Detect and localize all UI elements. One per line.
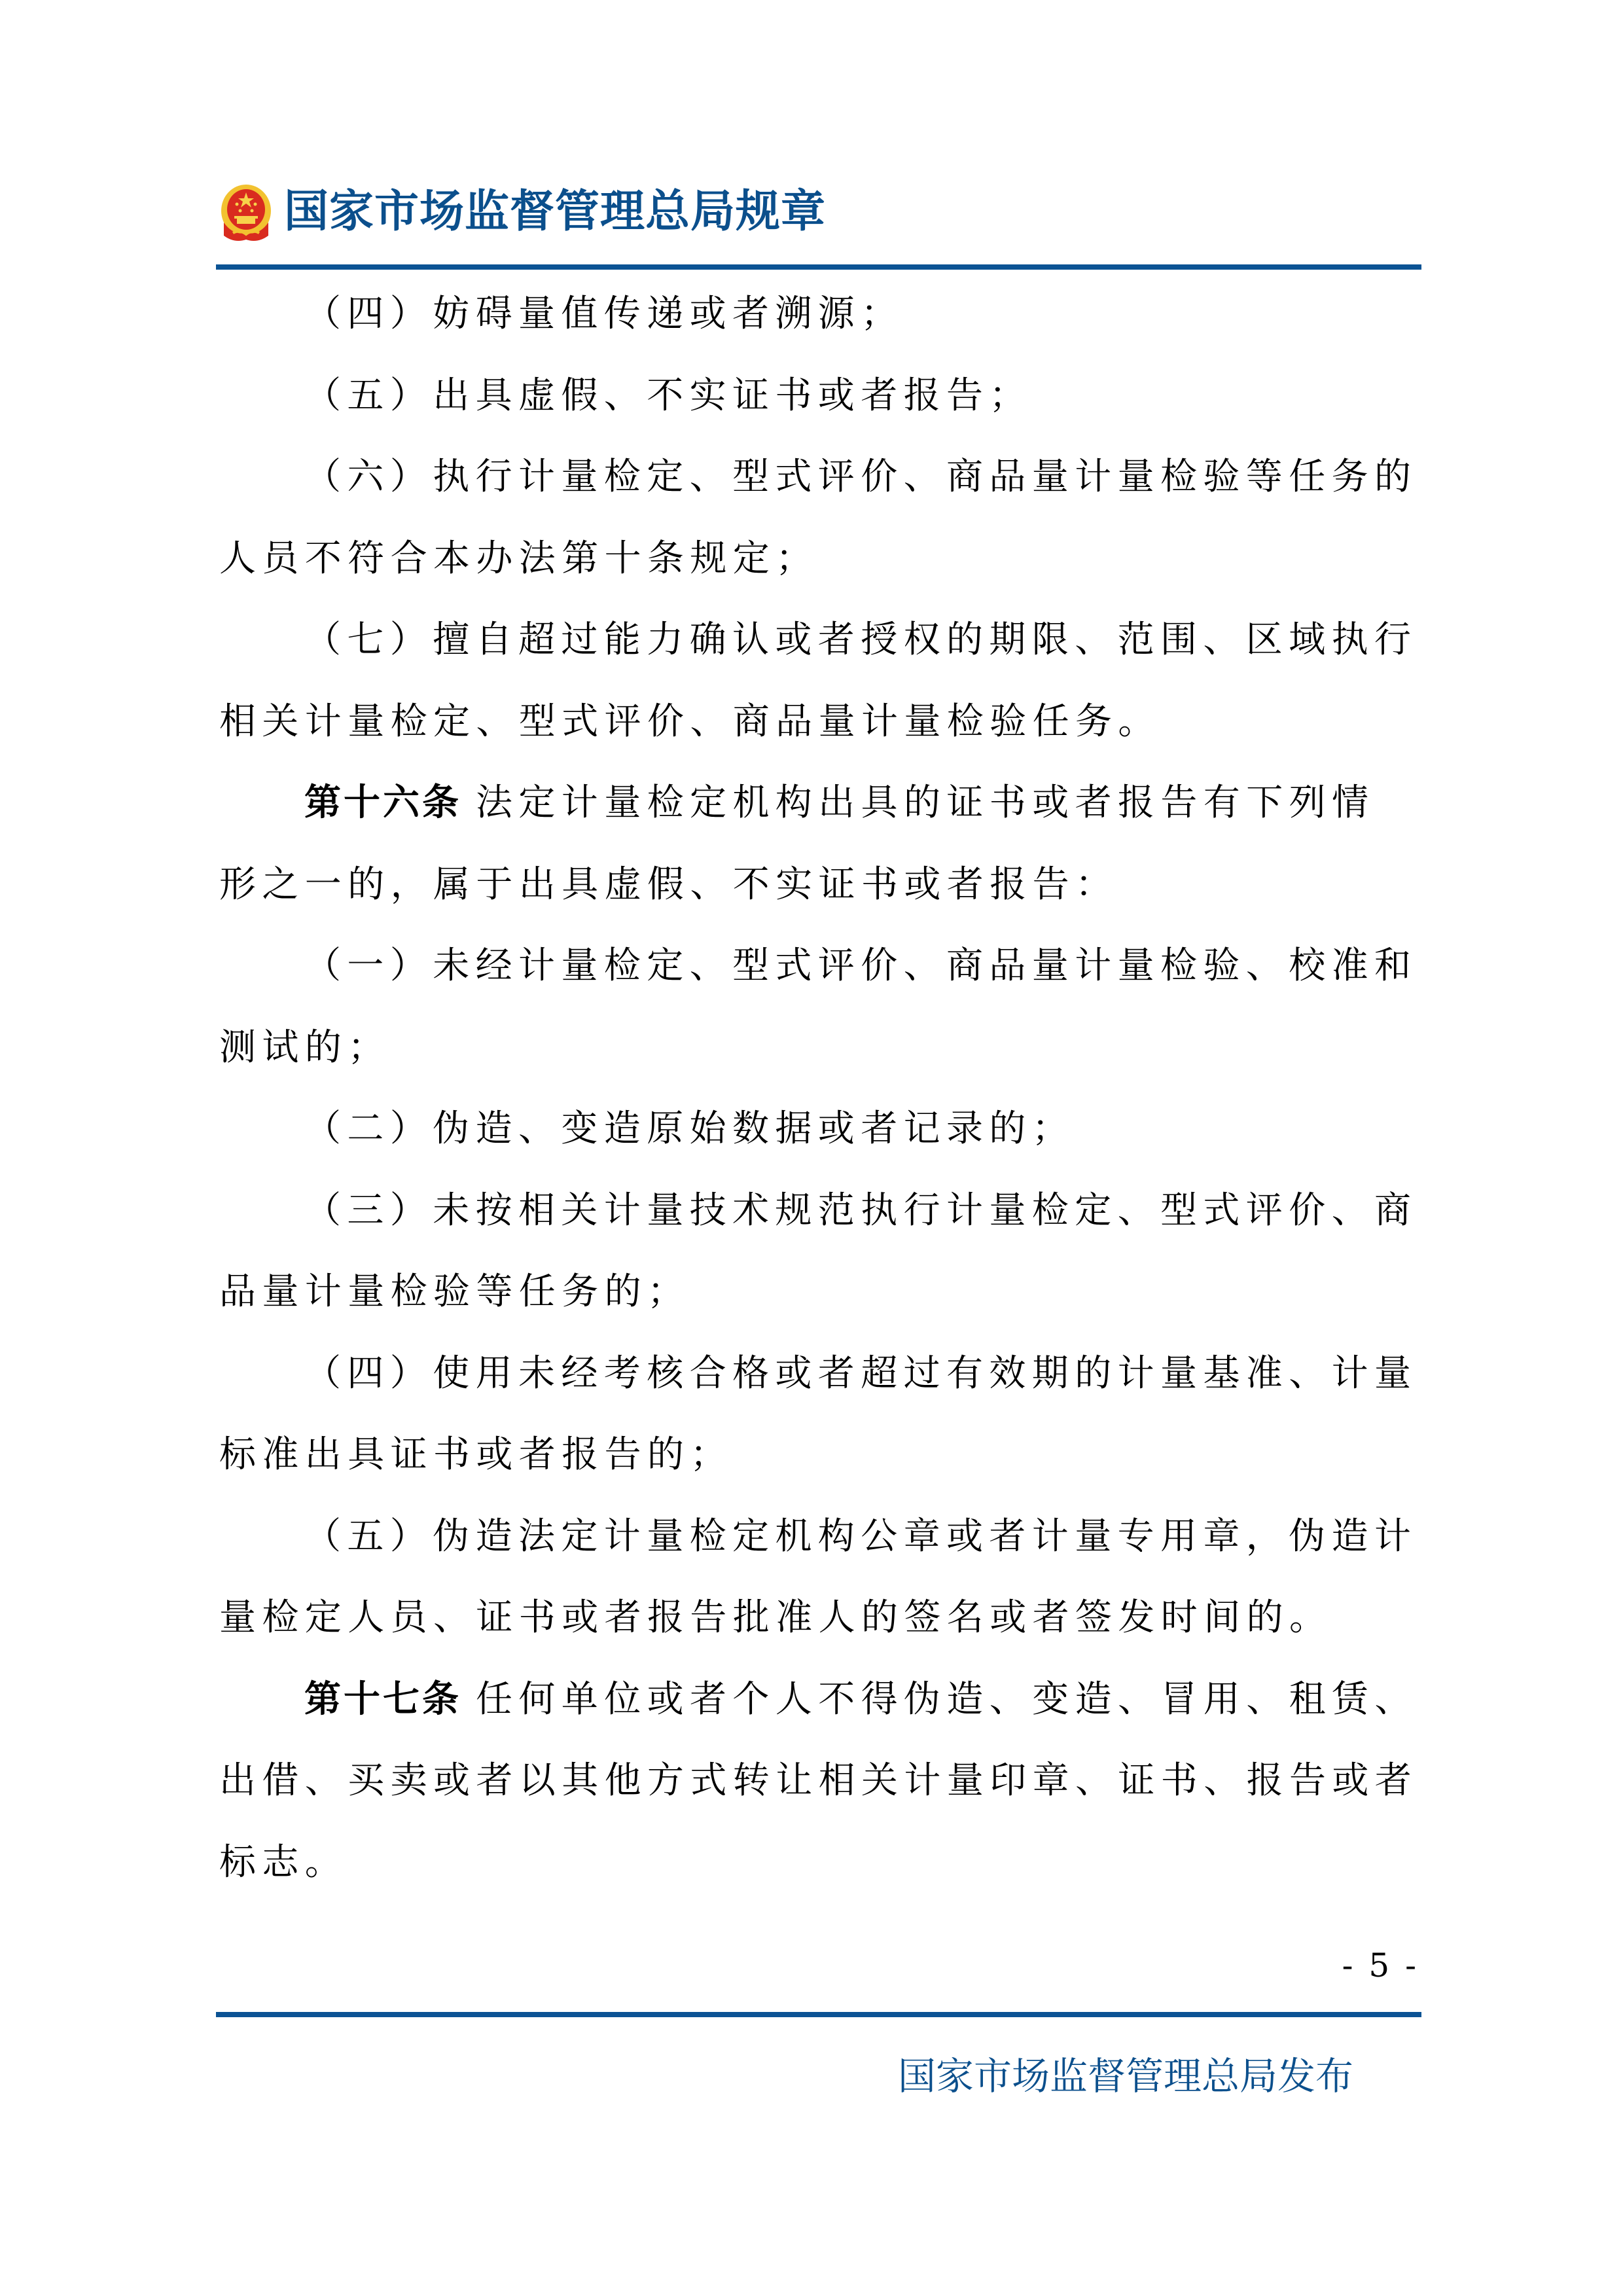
- paragraph-line: 出借、买卖或者以其他方式转让相关计量印章、证书、报告或者: [219, 1740, 1421, 1822]
- page-number: - 5 -: [1342, 1943, 1419, 1988]
- line-text: （六）执行计量检定、型式评价、商品量计量检验等任务的: [304, 456, 1417, 498]
- paragraph-line: 人员不符合本办法第十条规定；: [219, 518, 1421, 600]
- paragraph-line: 测试的；: [219, 1007, 1421, 1089]
- paragraph-line: （四）妨碍量值传递或者溯源；: [219, 274, 1421, 355]
- line-text: 法定计量检定机构出具的证书或者报告有下列情: [476, 781, 1374, 824]
- line-text: 标准出具证书或者报告的；: [219, 1433, 733, 1476]
- line-text: 任何单位或者个人不得伪造、变造、冒用、租赁、: [476, 1678, 1418, 1721]
- line-text: （五）出具虚假、不实证书或者报告；: [304, 374, 1032, 417]
- line-text: 形之一的，属于出具虚假、不实证书或者报告：: [219, 863, 1118, 906]
- paragraph-line: （二）伪造、变造原始数据或者记录的；: [219, 1088, 1421, 1170]
- document-header: 国家市场监督管理总局规章: [216, 177, 1421, 255]
- line-text: 量检定人员、证书或者报告批准人的签名或者签发时间的。: [219, 1596, 1332, 1639]
- line-text: 标志。: [219, 1841, 348, 1884]
- article-16-line: 第十六条法定计量检定机构出具的证书或者报告有下列情: [219, 762, 1421, 844]
- paragraph-line: 品量计量检验等任务的；: [219, 1251, 1421, 1333]
- paragraph-line: （五）出具虚假、不实证书或者报告；: [219, 355, 1421, 437]
- paragraph-line: 形之一的，属于出具虚假、不实证书或者报告：: [219, 844, 1421, 926]
- line-text: （四）妨碍量值传递或者溯源；: [304, 293, 904, 335]
- article-number: 第十六条: [304, 781, 461, 824]
- paragraph-line: 标准出具证书或者报告的；: [219, 1414, 1421, 1496]
- line-text: （二）伪造、变造原始数据或者记录的；: [304, 1107, 1075, 1150]
- paragraph-line: 量检定人员、证书或者报告批准人的签名或者签发时间的。: [219, 1577, 1421, 1659]
- paragraph-line: （三）未按相关计量技术规范执行计量检定、型式评价、商: [219, 1170, 1421, 1252]
- article-17-line: 第十七条任何单位或者个人不得伪造、变造、冒用、租赁、: [219, 1659, 1421, 1741]
- paragraph-line: （六）执行计量检定、型式评价、商品量计量检验等任务的: [219, 437, 1421, 518]
- line-text: 品量计量检验等任务的；: [219, 1270, 690, 1313]
- header-divider: [216, 264, 1421, 270]
- article-number: 第十七条: [304, 1678, 461, 1721]
- paragraph-line: 相关计量检定、型式评价、商品量计量检验任务。: [219, 681, 1421, 763]
- header-title: 国家市场监督管理总局规章: [284, 186, 826, 238]
- paragraph-line: 标志。: [219, 1822, 1421, 1904]
- footer-divider: [216, 2012, 1421, 2017]
- line-text: （五）伪造法定计量检定机构公章或者计量专用章，伪造计: [304, 1515, 1417, 1558]
- paragraph-line: （四）使用未经考核合格或者超过有效期的计量基准、计量: [219, 1333, 1421, 1415]
- paragraph-line: （七）擅自超过能力确认或者授权的期限、范围、区域执行: [219, 600, 1421, 681]
- line-text: 测试的；: [219, 1026, 391, 1069]
- line-text: 出借、买卖或者以其他方式转让相关计量印章、证书、报告或者: [219, 1759, 1418, 1802]
- line-text: 人员不符合本办法第十条规定；: [219, 537, 819, 580]
- line-text: 相关计量检定、型式评价、商品量计量检验任务。: [219, 700, 1161, 743]
- paragraph-line: （一）未经计量检定、型式评价、商品量计量检验、校准和: [219, 925, 1421, 1007]
- line-text: （四）使用未经考核合格或者超过有效期的计量基准、计量: [304, 1352, 1417, 1395]
- line-text: （三）未按相关计量技术规范执行计量检定、型式评价、商: [304, 1189, 1417, 1232]
- publisher-label: 国家市场监督管理总局发布: [898, 2053, 1353, 2100]
- paragraph-line: （五）伪造法定计量检定机构公章或者计量专用章，伪造计: [219, 1496, 1421, 1578]
- line-text: （七）擅自超过能力确认或者授权的期限、范围、区域执行: [304, 619, 1417, 661]
- document-body: （四）妨碍量值传递或者溯源； （五）出具虚假、不实证书或者报告； （六）执行计量…: [219, 274, 1421, 1903]
- line-text: （一）未经计量检定、型式评价、商品量计量检验、校准和: [304, 944, 1417, 987]
- national-emblem-icon: [220, 183, 272, 243]
